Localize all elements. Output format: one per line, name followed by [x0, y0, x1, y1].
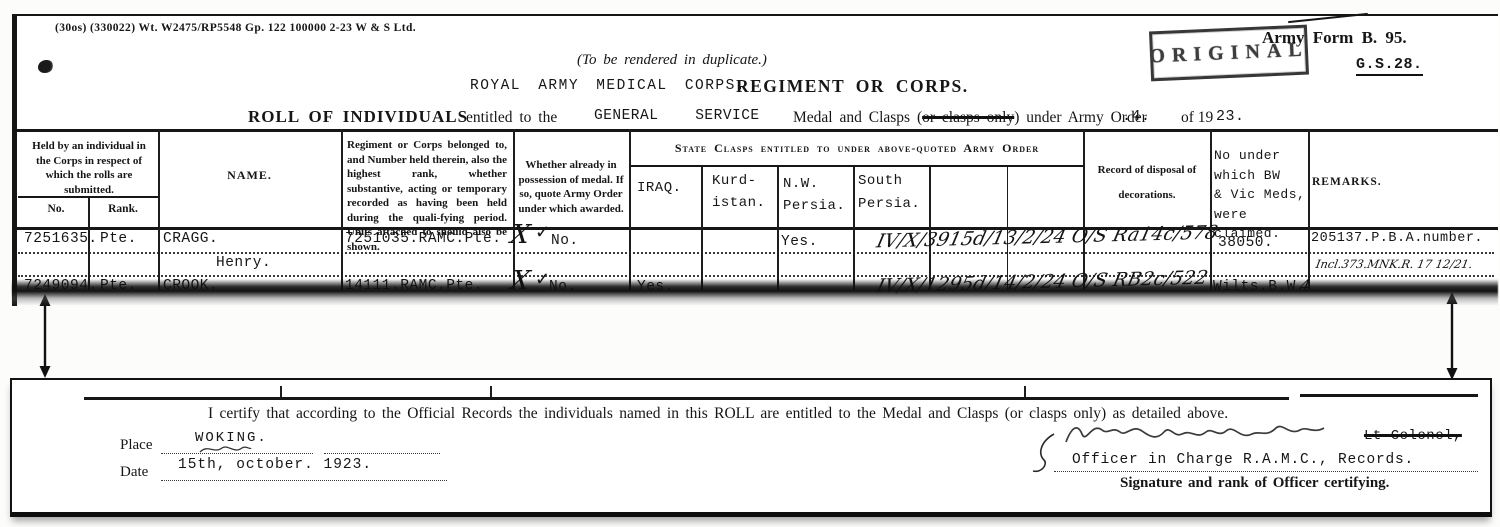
header-bw-line: No under [1214, 146, 1305, 166]
header-possession: Whether already in possession of medal. … [518, 158, 624, 216]
header-clasps-group: State Clasps entitled to under above-quo… [629, 141, 1085, 157]
column-rule [341, 129, 343, 290]
date-label: Date [120, 464, 148, 481]
row-1-remarks-handwriting: Incl.373.MNK.R. 17 12/21. [1315, 257, 1474, 271]
regiment-or-corps-label: REGIMENT OR CORPS. [736, 76, 969, 97]
army-order-number: .4. [1122, 108, 1151, 125]
row-1-number: 7251635. [24, 231, 98, 247]
column-rule [701, 167, 703, 290]
column-rule [1308, 129, 1310, 290]
typed-corps-name: ROYAL ARMY MEDICAL CORPS. [470, 78, 746, 94]
remnant-column-tick [490, 386, 492, 397]
header-bw-line: which BW [1214, 166, 1305, 186]
row-1-tick-mark: ✓ [535, 222, 550, 243]
column-rule [777, 167, 779, 290]
signature-handwriting [1062, 416, 1332, 450]
place-dotted-line [324, 453, 440, 454]
header-no: No. [26, 202, 86, 217]
header-clasp-kurdistan-1: Kurd- [712, 173, 757, 189]
header-name: NAME. [158, 168, 341, 184]
clasps-pre: Medal and Clasps ( [793, 109, 922, 126]
place-scribble-handwriting [198, 442, 253, 456]
medal-clasps-phrase: Medal and Clasps (or clasps only) under … [793, 109, 1147, 127]
column-rule [1210, 129, 1212, 290]
row-1-bw-vic-number: 38050. [1218, 235, 1273, 251]
duplicate-note: (To be rendered in duplicate.) [577, 52, 767, 69]
table-top-rule [12, 129, 1498, 132]
clasps-group-rule [629, 165, 1085, 167]
header-held-group: Held by an individual in the Corps in re… [24, 139, 154, 197]
date-dotted-line [161, 480, 447, 481]
row-1-possession: No. [551, 233, 579, 249]
header-clasp-nw-2: Persia. [783, 198, 845, 214]
header-bw-vic: No under which BW & Vic Meds, were claim… [1214, 146, 1305, 244]
header-disposal-line1: Record of disposal of [1088, 163, 1206, 178]
header-clasp-south-2: Persia. [858, 196, 920, 212]
header-clasp-south-1: South [858, 173, 903, 189]
signature-flourish-handwriting [1028, 432, 1062, 476]
place-label: Place [120, 437, 152, 454]
certification-section: I certify that according to the Official… [10, 378, 1492, 517]
header-disposal-line2: decorations. [1088, 188, 1206, 203]
header-bw-line: were [1214, 205, 1305, 225]
certifying-caption: Signature and rank of Officer certifying… [1120, 475, 1389, 492]
row-1-name-line2: Henry. [216, 255, 271, 271]
signature-dotted-line [1054, 471, 1478, 472]
officer-in-charge-line: Officer in Charge R.A.M.C., Records. [1072, 452, 1414, 468]
printer-imprint: (30os) (330022) Wt. W2475/RP5548 Gp. 122… [55, 22, 416, 34]
roll-title-plain: entitled to the [466, 109, 557, 127]
gs-reference: G.S.28. [1356, 56, 1423, 76]
row-1-remarks: 205137.P.B.A.number. [1311, 231, 1483, 246]
remnant-table-rule [84, 397, 1289, 400]
header-remarks: REMARKS. [1312, 176, 1382, 188]
continuation-arrow-left [36, 294, 54, 378]
of-19-label: of 19 [1181, 109, 1213, 127]
rank-struck-out: Lt-Colonel, [1364, 428, 1462, 444]
header-bw-line: & Vic Meds, [1214, 185, 1305, 205]
header-disposal: Record of disposal of decorations. [1088, 163, 1206, 202]
remnant-column-tick [280, 386, 282, 397]
header-rank: Rank. [90, 202, 156, 217]
row-1-name: CRAGG. [163, 231, 218, 247]
medal-name-typed: GENERAL SERVICE [594, 108, 760, 124]
remnant-table-rule [1300, 394, 1478, 397]
scanned-medal-roll-document: (30os) (330022) Wt. W2475/RP5548 Gp. 122… [0, 0, 1500, 527]
row-1-clasp-nw-persia: Yes. [781, 234, 818, 250]
sheet-top-edge [12, 14, 1498, 16]
roll-title-bold: ROLL OF INDIVIDUALS [248, 107, 468, 127]
row-divider-dotted [18, 275, 1494, 277]
header-clasp-iraq: IRAQ. [637, 180, 682, 196]
remnant-column-tick [1024, 386, 1026, 397]
column-rule [853, 167, 855, 290]
year-typed: 23. [1216, 108, 1245, 125]
row-divider-dotted [18, 252, 1494, 254]
scan-cut-gradient [12, 279, 1498, 306]
army-form-number: Army Form B. 95. [1262, 28, 1407, 48]
header-clasp-kurdistan-2: istan. [712, 195, 765, 211]
row-1-rank: Pte. [100, 231, 137, 247]
column-rule [158, 129, 160, 290]
sheet-left-edge [12, 14, 17, 306]
struck-clasps-only: or clasps only [922, 109, 1014, 126]
row-1-regiment: 7251035.RAMC.Pte. [345, 231, 501, 247]
date-value: 15th, october. 1923. [178, 457, 372, 473]
header-clasp-nw-1: N.W. [783, 176, 819, 192]
